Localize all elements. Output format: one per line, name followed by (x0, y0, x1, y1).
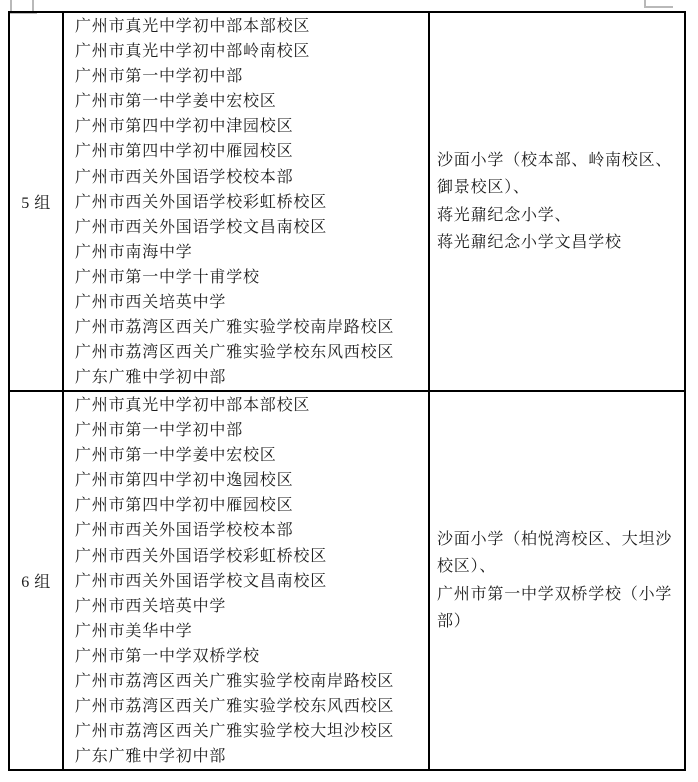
primary-school-line: 沙面小学（柏悦湾校区、大坦沙 (437, 526, 680, 554)
scanned-document-page: 5 组 广州市真光中学初中部本部校区广州市真光中学初中部岭南校区广州市第一中学初… (0, 0, 698, 782)
middle-school-name: 广州市第一中学双桥学校 (75, 644, 428, 669)
middle-school-name: 广州市荔湾区西关广雅实验学校东风西校区 (75, 694, 428, 719)
middle-school-name: 广州市南海中学 (75, 240, 428, 265)
table-row: 5 组 广州市真光中学初中部本部校区广州市真光中学初中部岭南校区广州市第一中学初… (10, 13, 684, 390)
primary-schools-cell: 沙面小学（柏悦湾校区、大坦沙校区）、广州市第一中学双桥学校（小学部） (430, 392, 684, 769)
middle-school-name: 广州市西关外国语学校文昌南校区 (75, 215, 428, 240)
primary-school-line: 蒋光鼐纪念小学、 (437, 202, 680, 230)
middle-school-name: 广东广雅中学初中部 (75, 365, 428, 390)
middle-school-name: 广州市荔湾区西关广雅实验学校南岸路校区 (75, 669, 428, 694)
middle-school-name: 广州市第一中学姜中宏校区 (75, 443, 428, 468)
group-label: 6 组 (21, 569, 51, 592)
primary-school-line: 校区）、 (437, 553, 680, 581)
primary-school-line: 广州市第一中学双桥学校（小学 (437, 581, 680, 609)
middle-school-name: 广州市真光中学初中部岭南校区 (75, 39, 428, 64)
middle-school-name: 广州市荔湾区西关广雅实验学校大坦沙校区 (75, 719, 428, 744)
middle-school-name: 广州市第四中学初中津园校区 (75, 114, 428, 139)
middle-school-name: 广州市西关外国语学校校本部 (75, 518, 428, 543)
middle-school-name: 广州市第一中学初中部 (75, 64, 428, 89)
primary-school-line: 御景校区）、 (437, 174, 680, 202)
group-cell: 6 组 (10, 392, 64, 769)
primary-school-line: 部） (437, 608, 680, 636)
middle-school-name: 广州市荔湾区西关广雅实验学校南岸路校区 (75, 315, 428, 340)
middle-school-name: 广州市西关外国语学校彩虹桥校区 (75, 544, 428, 569)
table-row: 6 组 广州市真光中学初中部本部校区广州市第一中学初中部广州市第一中学姜中宏校区… (10, 390, 684, 769)
middle-school-name: 广州市第四中学初中雁园校区 (75, 493, 428, 518)
group-cell: 5 组 (10, 13, 64, 390)
middle-school-name: 广州市真光中学初中部本部校区 (75, 393, 428, 418)
middle-school-name: 广州市西关外国语学校彩虹桥校区 (75, 190, 428, 215)
scan-artifact-line (644, 6, 673, 8)
middle-school-name: 广州市荔湾区西关广雅实验学校东风西校区 (75, 340, 428, 365)
middle-school-name: 广州市美华中学 (75, 619, 428, 644)
middle-school-name: 广州市第四中学初中逸园校区 (75, 468, 428, 493)
middle-school-name: 广州市第一中学姜中宏校区 (75, 89, 428, 114)
middle-school-name: 广州市第一中学初中部 (75, 418, 428, 443)
middle-school-name: 广东广雅中学初中部 (75, 744, 428, 769)
middle-school-name: 广州市西关培英中学 (75, 290, 428, 315)
middle-school-name: 广州市第四中学初中雁园校区 (75, 139, 428, 164)
primary-school-line: 沙面小学（校本部、岭南校区、 (437, 147, 680, 175)
primary-school-line: 蒋光鼐纪念小学文昌学校 (437, 229, 680, 257)
middle-school-name: 广州市真光中学初中部本部校区 (75, 14, 428, 39)
middle-school-name: 广州市西关外国语学校校本部 (75, 165, 428, 190)
middle-schools-cell: 广州市真光中学初中部本部校区广州市真光中学初中部岭南校区广州市第一中学初中部广州… (64, 13, 430, 390)
primary-schools-cell: 沙面小学（校本部、岭南校区、御景校区）、蒋光鼐纪念小学、蒋光鼐纪念小学文昌学校 (430, 13, 684, 390)
middle-schools-cell: 广州市真光中学初中部本部校区广州市第一中学初中部广州市第一中学姜中宏校区广州市第… (64, 392, 430, 769)
middle-school-name: 广州市西关培英中学 (75, 594, 428, 619)
group-label: 5 组 (21, 190, 51, 213)
school-groups-table: 5 组 广州市真光中学初中部本部校区广州市真光中学初中部岭南校区广州市第一中学初… (8, 11, 686, 771)
middle-school-name: 广州市西关外国语学校文昌南校区 (75, 569, 428, 594)
middle-school-name: 广州市第一中学十甫学校 (75, 265, 428, 290)
